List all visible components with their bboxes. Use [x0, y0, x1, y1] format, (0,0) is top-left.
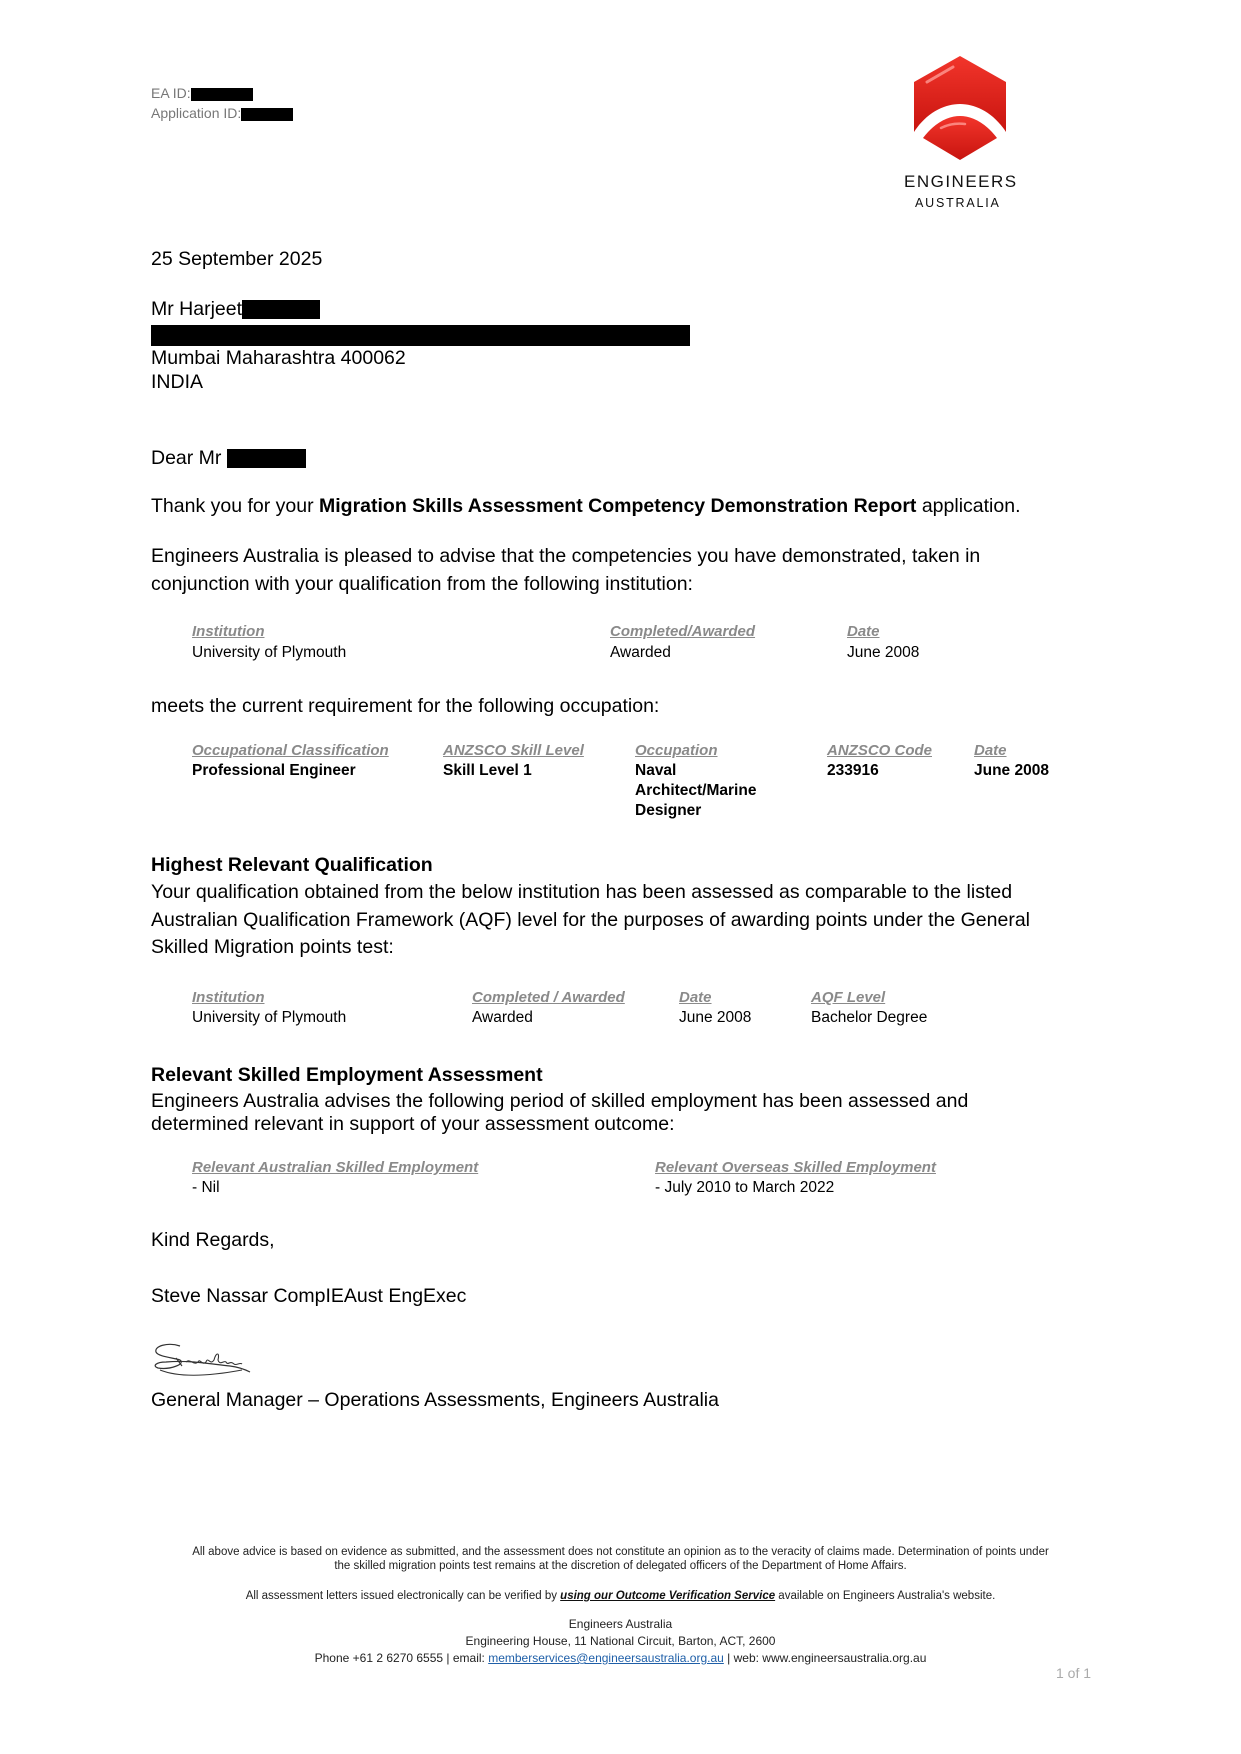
- thanks-prefix: Thank you for your: [151, 495, 319, 517]
- redacted-address-bar: [151, 325, 690, 346]
- intro-line-1: Engineers Australia is pleased to advise…: [151, 542, 980, 570]
- col-header-classification: Occupational Classification: [192, 741, 389, 760]
- qualification-line-1: Your qualification obtained from the bel…: [151, 878, 1012, 906]
- engineers-australia-logo: ENGINEERS AUSTRALIA: [905, 52, 1015, 214]
- page-indicator: 1 of 1: [1056, 1665, 1091, 1681]
- cell-classification: Professional Engineer: [192, 761, 356, 781]
- col-header-overseas-employment: Relevant Overseas Skilled Employment: [655, 1158, 936, 1177]
- application-id-line: Application ID:: [151, 105, 293, 121]
- disclaimer-line-2: the skilled migration points test remain…: [0, 1559, 1241, 1573]
- occupation-intro: meets the current requirement for the fo…: [151, 692, 659, 720]
- col-header-date: Date: [974, 741, 1007, 760]
- org-address: Engineering House, 11 National Circuit, …: [0, 1633, 1241, 1650]
- verify-suffix: available on Engineers Australia's websi…: [775, 1590, 995, 1602]
- qualification-heading: Highest Relevant Qualification: [151, 853, 433, 877]
- signature-image: [150, 1340, 255, 1382]
- employment-line-2: determined relevant in support of your a…: [151, 1110, 675, 1138]
- cell-date: June 2008: [847, 643, 919, 663]
- cell-overseas-employment: - July 2010 to March 2022: [655, 1178, 834, 1198]
- cell-institution: University of Plymouth: [192, 1008, 346, 1028]
- email-link[interactable]: memberservices@engineersaustralia.org.au: [488, 1651, 724, 1665]
- verify-prefix: All assessment letters issued electronic…: [246, 1590, 560, 1602]
- qualification-line-2: Australian Qualification Framework (AQF)…: [151, 906, 1030, 934]
- salutation-text: Dear Mr: [151, 447, 221, 469]
- cell-anzsco-code: 233916: [827, 761, 879, 781]
- cell-australian-employment: - Nil: [192, 1178, 220, 1198]
- col-header-australian-employment: Relevant Australian Skilled Employment: [192, 1158, 478, 1177]
- cell-date: June 2008: [974, 761, 1049, 781]
- col-header-completed: Completed / Awarded: [472, 988, 625, 1007]
- letter-date: 25 September 2025: [151, 245, 322, 273]
- cell-occupation-line-2: Architect/Marine: [635, 781, 756, 801]
- web-text: | web: www.engineersaustralia.org.au: [724, 1651, 927, 1665]
- col-header-date: Date: [679, 988, 712, 1007]
- col-header-institution: Institution: [192, 622, 264, 641]
- disclaimer: All above advice is based on evidence as…: [0, 1545, 1241, 1573]
- recipient-name-text: Mr Harjeet: [151, 298, 242, 320]
- redaction-box: [242, 300, 320, 319]
- cell-completed: Awarded: [610, 643, 671, 663]
- signatory-name: Steve Nassar CompIEAust EngExec: [151, 1282, 466, 1310]
- qualification-line-3: Skilled Migration points test:: [151, 933, 394, 961]
- cell-date: June 2008: [679, 1008, 751, 1028]
- recipient-name: Mr Harjeet: [151, 295, 320, 323]
- redaction-box: [241, 108, 293, 121]
- col-header-anzsco-code: ANZSCO Code: [827, 741, 932, 760]
- employment-heading: Relevant Skilled Employment Assessment: [151, 1063, 543, 1087]
- hexagon-logo-icon: [905, 52, 1015, 164]
- disclaimer-line-1: All above advice is based on evidence as…: [0, 1545, 1241, 1559]
- ea-id-label: EA ID:: [151, 85, 191, 101]
- cell-institution: University of Plymouth: [192, 643, 346, 663]
- cell-completed: Awarded: [472, 1008, 533, 1028]
- logo-text-australia: AUSTRALIA: [915, 196, 1001, 210]
- thanks-suffix: application.: [916, 495, 1020, 517]
- org-name: Engineers Australia: [0, 1616, 1241, 1633]
- application-id-label: Application ID:: [151, 105, 241, 121]
- contact-block: Engineers Australia Engineering House, 1…: [0, 1616, 1241, 1667]
- recipient-country: INDIA: [151, 368, 203, 396]
- intro-line-2: conjunction with your qualification from…: [151, 570, 693, 598]
- col-header-institution: Institution: [192, 988, 264, 1007]
- col-header-skill-level: ANZSCO Skill Level: [443, 741, 584, 760]
- cell-occupation-line-1: Naval: [635, 761, 676, 781]
- redaction-box: [227, 449, 306, 468]
- verification-note: All assessment letters issued electronic…: [0, 1589, 1241, 1603]
- application-type: Migration Skills Assessment Competency D…: [319, 495, 916, 517]
- contact-line: Phone +61 2 6270 6555 | email: memberser…: [0, 1650, 1241, 1667]
- col-header-occupation: Occupation: [635, 741, 718, 760]
- salutation: Dear Mr: [151, 444, 306, 472]
- col-header-aqf-level: AQF Level: [811, 988, 885, 1007]
- cell-aqf-level: Bachelor Degree: [811, 1008, 927, 1028]
- outcome-verification-link[interactable]: using our Outcome Verification Service: [560, 1590, 775, 1602]
- phone-text: Phone +61 2 6270 6555 | email:: [315, 1651, 489, 1665]
- col-header-completed: Completed/Awarded: [610, 622, 755, 641]
- col-header-date: Date: [847, 622, 880, 641]
- closing: Kind Regards,: [151, 1226, 275, 1254]
- thanks-paragraph: Thank you for your Migration Skills Asse…: [151, 492, 1021, 520]
- logo-text-engineers: ENGINEERS: [904, 172, 1018, 192]
- cell-occupation-line-3: Designer: [635, 801, 701, 821]
- signatory-title: General Manager – Operations Assessments…: [151, 1386, 719, 1414]
- ea-id-line: EA ID:: [151, 85, 253, 101]
- redaction-box: [191, 88, 253, 101]
- cell-skill-level: Skill Level 1: [443, 761, 532, 781]
